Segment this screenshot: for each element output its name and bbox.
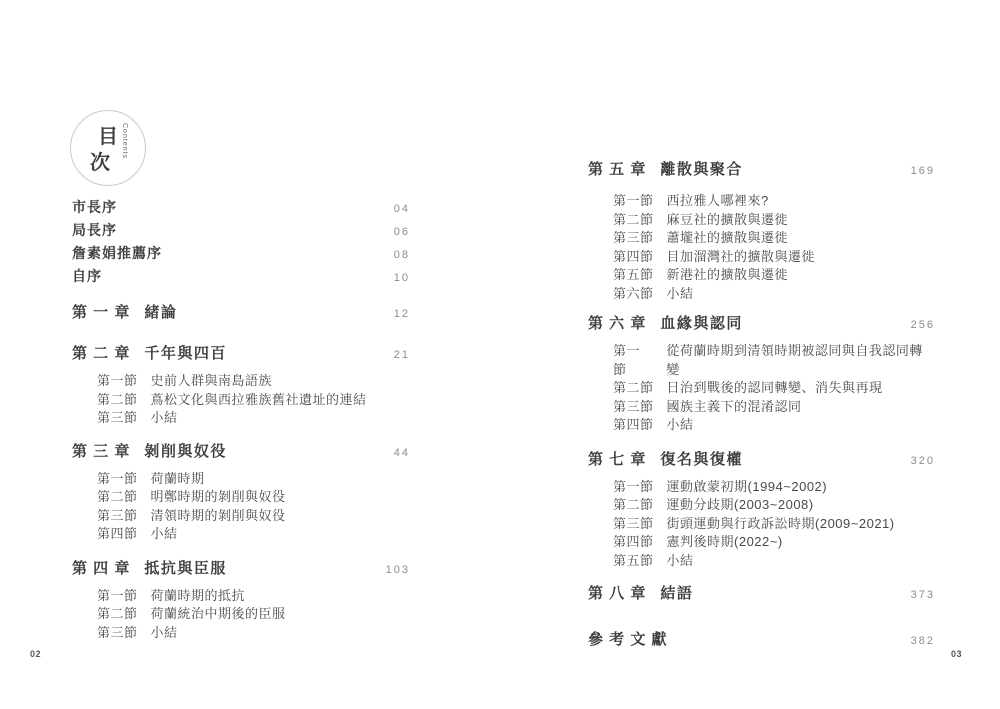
chapter-row: 第 七 章 復名與復權 320 (588, 450, 935, 471)
section-row: 第三節 小結 (97, 409, 410, 428)
section-title: 荷蘭時期 (151, 470, 205, 489)
section-row: 第一節 荷蘭時期的抵抗 (97, 587, 410, 606)
section-label: 第一節 (613, 478, 654, 497)
section-title: 荷蘭統治中期後的臣服 (151, 605, 286, 624)
section-label: 第三節 (613, 229, 654, 248)
section-row: 第一節 史前人群與南島語族 (97, 372, 410, 391)
section-row: 第四節 憲判後時期(2022~) (613, 533, 935, 552)
section-title: 運動分歧期(2003~2008) (667, 496, 814, 515)
section-title: 日治到戰後的認同轉變、消失與再現 (667, 379, 883, 398)
section-title: 街頭運動與行政訴訟時期(2009~2021) (667, 515, 895, 534)
section-title: 蕭壠社的擴散與遷徙 (667, 229, 789, 248)
section-row: 第五節 新港社的擴散與遷徙 (613, 266, 935, 285)
section-row: 第三節 小結 (97, 624, 410, 643)
page-number: 44 (394, 443, 410, 463)
chapter-label: 第 六 章 (588, 314, 646, 334)
page-number: 10 (394, 268, 410, 289)
section-title: 西拉雅人哪裡來? (667, 192, 769, 211)
chapter-row: 第 二 章 千年與四百 21 (72, 344, 410, 365)
section-list: 第一節 從荷蘭時期到清領時期被認同與自我認同轉變 第二節 日治到戰後的認同轉變、… (588, 342, 935, 435)
section-title: 蔦松文化與西拉雅族舊社遺址的連結 (151, 391, 367, 410)
chapter-title: 剝削與奴役 (144, 442, 227, 462)
section-label: 第一節 (613, 192, 654, 211)
section-label: 第一節 (97, 587, 138, 606)
front-matter-title: 自序 (72, 266, 102, 287)
section-row: 第二節 運動分歧期(2003~2008) (613, 496, 935, 515)
chapter-label: 第 二 章 (72, 344, 130, 364)
section-title: 從荷蘭時期到清領時期被認同與自我認同轉變 (666, 342, 935, 379)
section-label: 第三節 (97, 507, 138, 526)
section-title: 小結 (151, 624, 178, 643)
section-label: 第二節 (97, 488, 138, 507)
section-label: 第二節 (97, 391, 138, 410)
back-matter-title: 參 考 文 獻 (588, 630, 668, 650)
section-title: 國族主義下的混淆認同 (667, 398, 802, 417)
folio-left: 02 (30, 649, 41, 659)
section-row: 第二節 蔦松文化與西拉雅族舊社遺址的連結 (97, 391, 410, 410)
section-label: 第四節 (613, 533, 654, 552)
section-list: 第一節 荷蘭時期的抵抗 第二節 荷蘭統治中期後的臣服 第三節 小結 (72, 587, 410, 643)
section-row: 第四節 小結 (613, 416, 935, 435)
section-label: 第三節 (97, 624, 138, 643)
section-label: 第四節 (613, 416, 654, 435)
folio-right: 03 (951, 649, 962, 659)
section-title: 小結 (667, 552, 694, 571)
section-row: 第二節 麻豆社的擴散與遷徙 (613, 211, 935, 230)
section-label: 第二節 (613, 496, 654, 515)
section-title: 新港社的擴散與遷徙 (667, 266, 789, 285)
section-title: 明鄭時期的剝削與奴役 (151, 488, 286, 507)
section-label: 第四節 (97, 525, 138, 544)
page-number: 103 (386, 560, 410, 580)
chapter-title: 離散與聚合 (660, 160, 743, 180)
chapter-row: 第 三 章 剝削與奴役 44 (72, 442, 410, 463)
section-row: 第五節 小結 (613, 552, 935, 571)
right-page-column: 第 五 章 離散與聚合 169 第一節 西拉雅人哪裡來? 第二節 麻豆社的擴散與… (588, 0, 935, 651)
section-row: 第一節 荷蘭時期 (97, 470, 410, 489)
section-title: 目加溜灣社的擴散與遷徙 (667, 248, 816, 267)
section-row: 第二節 荷蘭統治中期後的臣服 (97, 605, 410, 624)
section-label: 第三節 (613, 515, 654, 534)
section-row: 第六節 小結 (613, 285, 935, 304)
left-page-column: 市長序 04 局長序 06 詹素娟推薦序 08 自序 10 第 一 章 緒論 1… (72, 0, 410, 642)
front-matter-row: 自序 10 (72, 266, 410, 289)
chapter-title: 結語 (660, 584, 693, 604)
section-label: 第三節 (97, 409, 138, 428)
section-title: 小結 (667, 285, 694, 304)
section-label: 第二節 (613, 379, 654, 398)
section-title: 麻豆社的擴散與遷徙 (667, 211, 789, 230)
section-label: 第二節 (613, 211, 654, 230)
chapter-row: 第 四 章 抵抗與臣服 103 (72, 559, 410, 580)
back-matter-row: 參 考 文 獻 382 (588, 630, 935, 651)
section-label: 第五節 (613, 266, 654, 285)
section-row: 第一節 運動啟蒙初期(1994~2002) (613, 478, 935, 497)
section-label: 第二節 (97, 605, 138, 624)
chapter-row: 第 一 章 緒論 12 (72, 303, 410, 324)
page-number: 06 (394, 222, 410, 243)
section-row: 第一節 從荷蘭時期到清領時期被認同與自我認同轉變 (613, 342, 935, 379)
page-number: 169 (911, 161, 935, 181)
section-title: 小結 (667, 416, 694, 435)
section-row: 第四節 目加溜灣社的擴散與遷徙 (613, 248, 935, 267)
front-matter-row: 市長序 04 (72, 197, 410, 220)
chapter-title: 復名與復權 (660, 450, 743, 470)
chapter-title: 千年與四百 (144, 344, 227, 364)
section-title: 小結 (151, 409, 178, 428)
section-row: 第二節 日治到戰後的認同轉變、消失與再現 (613, 379, 935, 398)
page-number: 08 (394, 245, 410, 266)
page-number: 04 (394, 199, 410, 220)
section-row: 第三節 國族主義下的混淆認同 (613, 398, 935, 417)
chapter-label: 第 四 章 (72, 559, 130, 579)
section-label: 第一節 (97, 470, 138, 489)
section-title: 運動啟蒙初期(1994~2002) (667, 478, 828, 497)
chapter-row: 第 八 章 結語 373 (588, 584, 935, 605)
page-number: 320 (911, 451, 935, 471)
chapter-label: 第 一 章 (72, 303, 130, 323)
chapter-label: 第 五 章 (588, 160, 646, 180)
section-title: 史前人群與南島語族 (151, 372, 273, 391)
section-title: 清領時期的剝削與奴役 (151, 507, 286, 526)
section-label: 第五節 (613, 552, 654, 571)
book-spread: 目 次 Contents 市長序 04 局長序 06 詹素娟推薦序 08 自序 … (0, 0, 1000, 709)
front-matter-row: 局長序 06 (72, 220, 410, 243)
chapter-row: 第 五 章 離散與聚合 169 (588, 160, 935, 181)
section-title: 憲判後時期(2022~) (667, 533, 783, 552)
section-row: 第二節 明鄭時期的剝削與奴役 (97, 488, 410, 507)
page-number: 256 (911, 315, 935, 335)
page-number: 12 (394, 304, 410, 324)
chapter-title: 血緣與認同 (660, 314, 743, 334)
page-number: 373 (911, 585, 935, 605)
section-label: 第一節 (613, 342, 653, 379)
chapter-title: 抵抗與臣服 (144, 559, 227, 579)
section-list: 第一節 西拉雅人哪裡來? 第二節 麻豆社的擴散與遷徙 第三節 蕭壠社的擴散與遷徙… (588, 192, 935, 303)
section-list: 第一節 運動啟蒙初期(1994~2002) 第二節 運動分歧期(2003~200… (588, 478, 935, 571)
section-label: 第三節 (613, 398, 654, 417)
page-number: 382 (911, 631, 935, 651)
chapter-title: 緒論 (144, 303, 177, 323)
section-label: 第一節 (97, 372, 138, 391)
section-row: 第三節 清領時期的剝削與奴役 (97, 507, 410, 526)
chapter-row: 第 六 章 血緣與認同 256 (588, 314, 935, 335)
chapter-label: 第 七 章 (588, 450, 646, 470)
chapter-label: 第 八 章 (588, 584, 646, 604)
chapter-label: 第 三 章 (72, 442, 130, 462)
section-title: 荷蘭時期的抵抗 (151, 587, 246, 606)
section-row: 第一節 西拉雅人哪裡來? (613, 192, 935, 211)
section-label: 第四節 (613, 248, 654, 267)
section-list: 第一節 史前人群與南島語族 第二節 蔦松文化與西拉雅族舊社遺址的連結 第三節 小… (72, 372, 410, 428)
section-label: 第六節 (613, 285, 654, 304)
front-matter-title: 市長序 (72, 197, 117, 218)
page-number: 21 (394, 345, 410, 365)
front-matter-row: 詹素娟推薦序 08 (72, 243, 410, 266)
section-list: 第一節 荷蘭時期 第二節 明鄭時期的剝削與奴役 第三節 清領時期的剝削與奴役 第… (72, 470, 410, 544)
section-row: 第四節 小結 (97, 525, 410, 544)
front-matter-title: 詹素娟推薦序 (72, 243, 162, 264)
front-matter-title: 局長序 (72, 220, 117, 241)
section-row: 第三節 街頭運動與行政訴訟時期(2009~2021) (613, 515, 935, 534)
section-row: 第三節 蕭壠社的擴散與遷徙 (613, 229, 935, 248)
section-title: 小結 (151, 525, 178, 544)
